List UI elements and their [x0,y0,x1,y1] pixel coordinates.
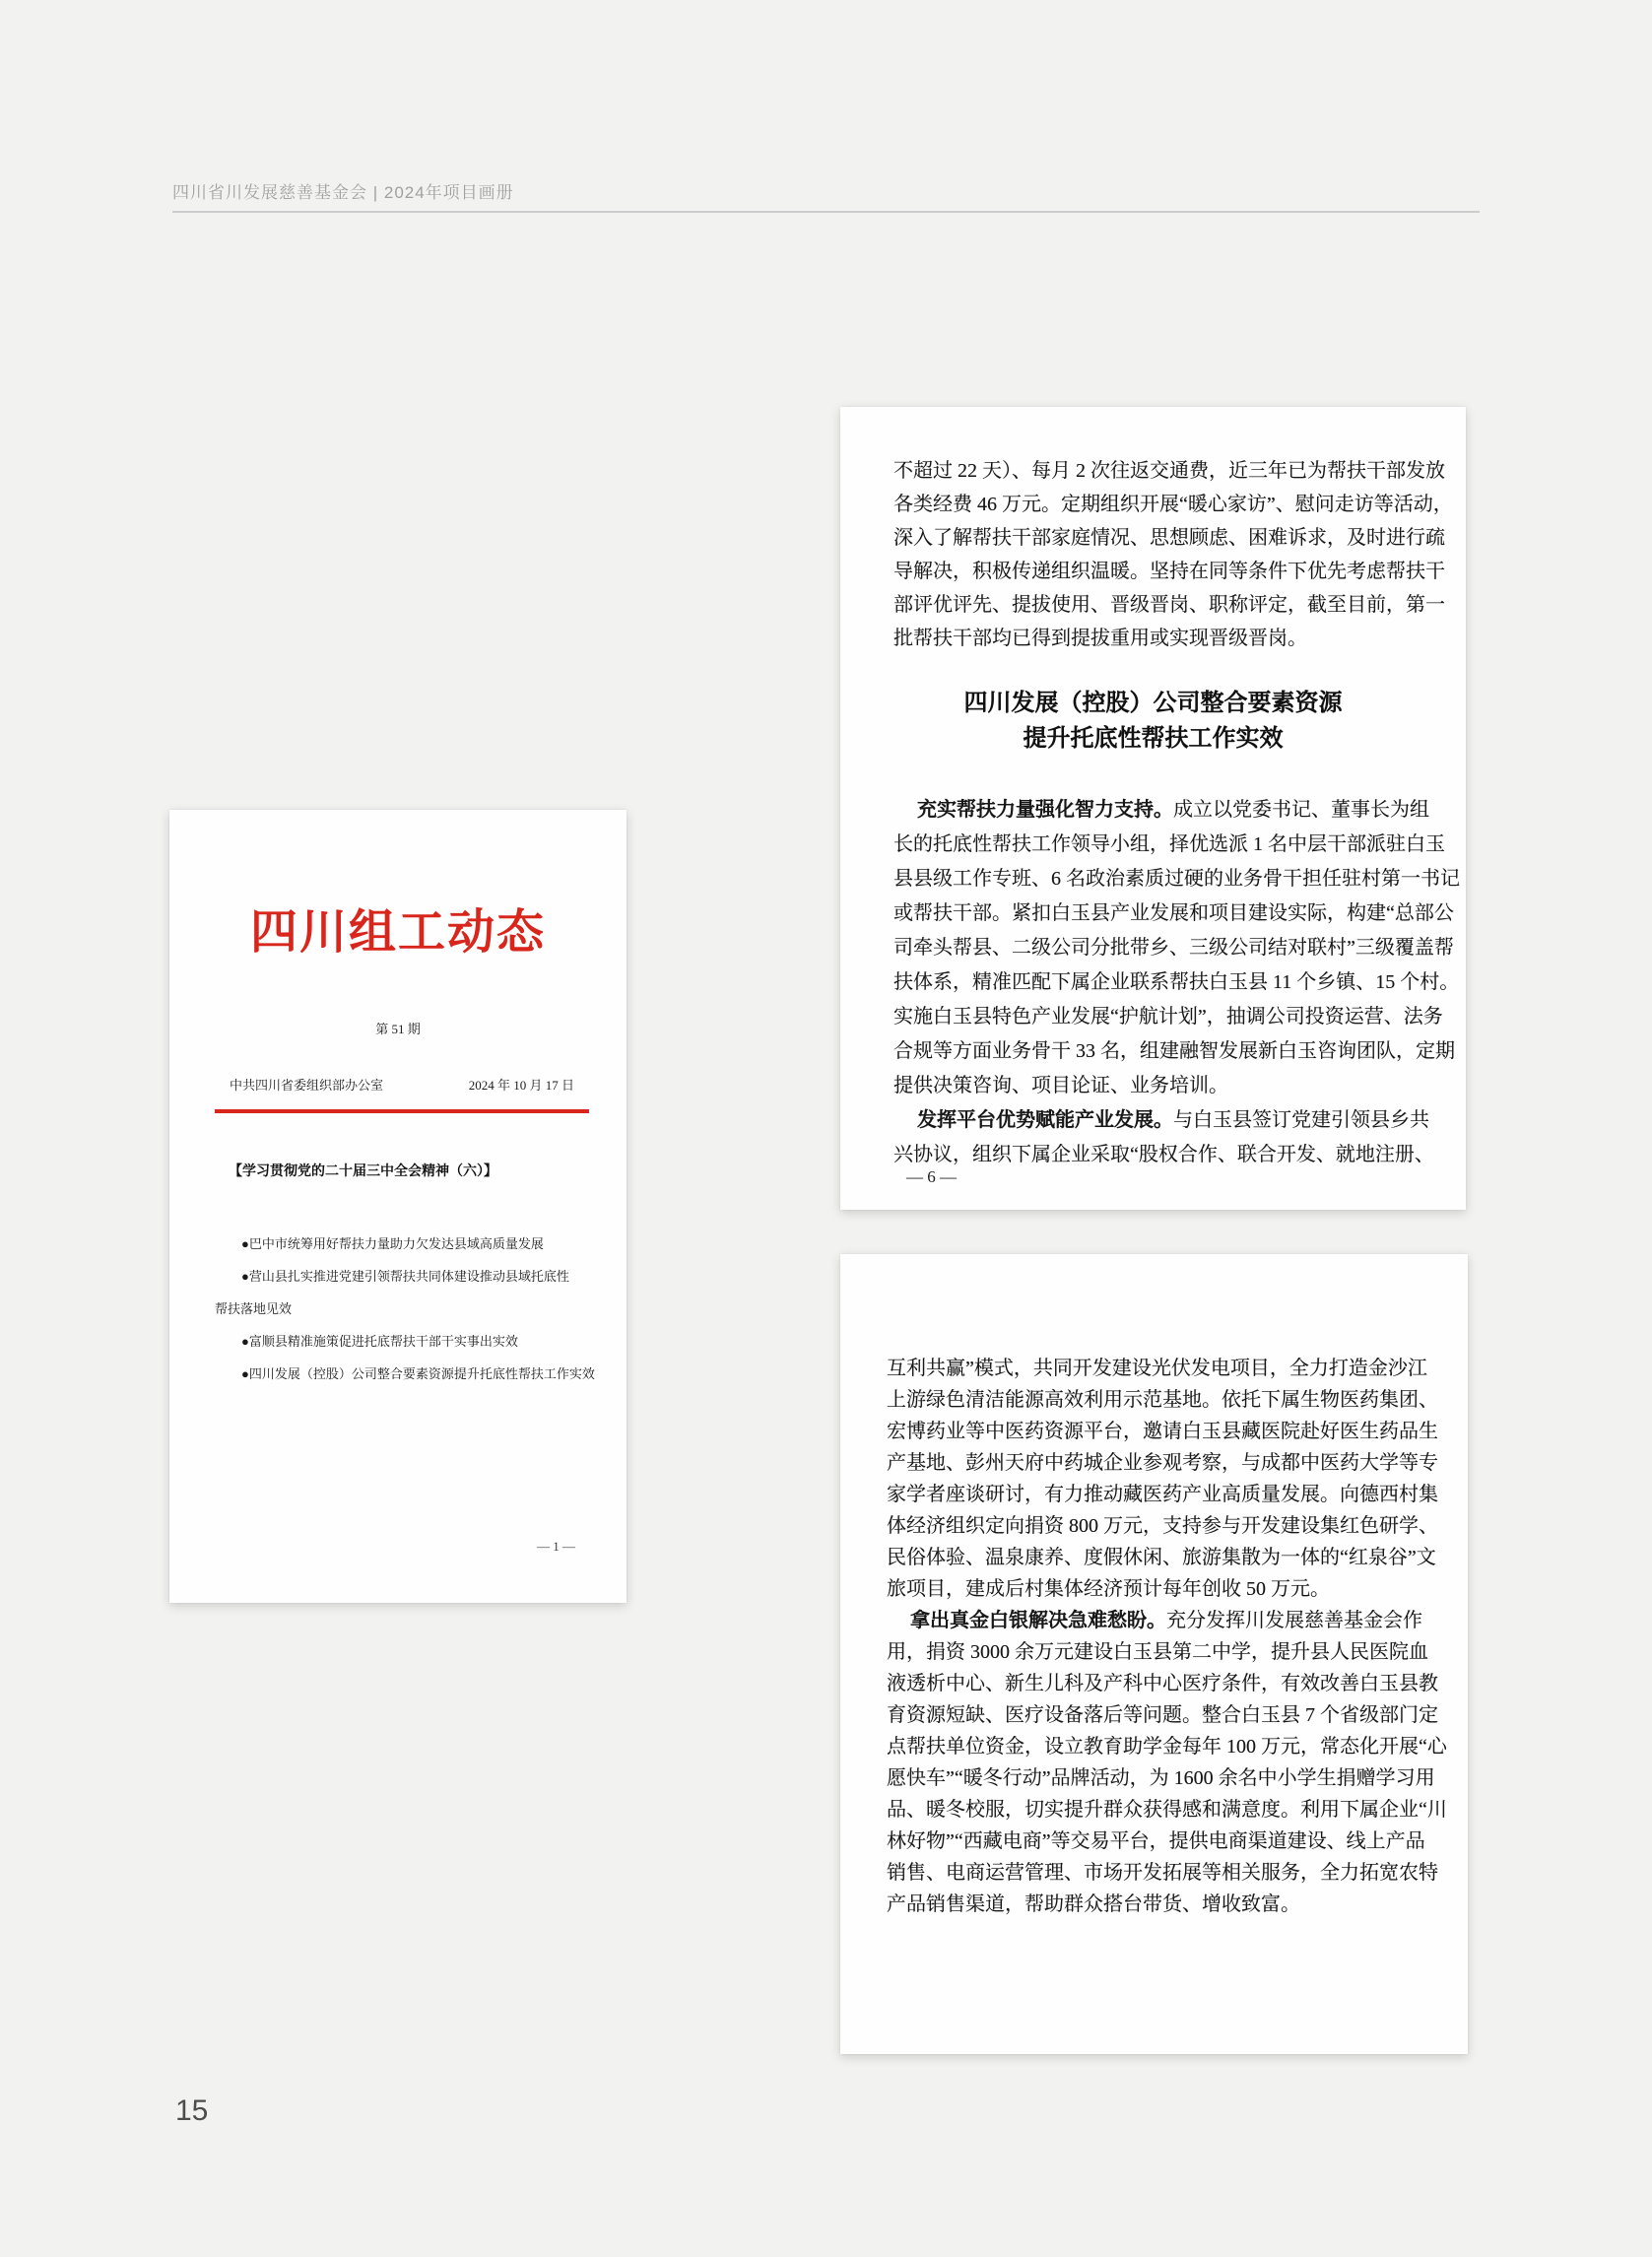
text-line: 体经济组织定向捐资 800 万元，支持参与开发建设集红色研学、 [887,1510,1414,1542]
text-line: 提供决策咨询、项目论证、业务培训。 [893,1069,1416,1103]
text-line: ●四川发展（控股）公司整合要素资源提升托底性帮扶工作实效 [215,1358,589,1390]
text-line: 品、暖冬校服，切实提升群众获得感和满意度。利用下属企业“川 [887,1794,1414,1826]
article-heading-line2: 提升托底性帮扶工作实效 [840,721,1466,757]
text-line: 育资源短缺、医疗设备落后等问题。整合白玉县 7 个省级部门定 [887,1699,1414,1731]
text-line: 实施白玉县特色产业发展“护航计划”，抽调公司投资运营、法务 [893,1000,1416,1034]
bulletin-section-heading: 【学习贯彻党的二十届三中全会精神（六）】 [229,1162,497,1183]
text-line: 液透析中心、新生儿科及产科中心医疗条件，有效改善白玉县教 [887,1668,1414,1699]
text-line: 愿快车”“暖冬行动”品牌活动，为 1600 余名中小学生捐赠学习用 [887,1762,1414,1794]
text-line: 互利共赢”模式，共同开发建设光伏发电项目，全力打造金沙江 [887,1353,1414,1384]
right-top-document-scan: 不超过 22 天）、每月 2 次往返交通费，近三年已为帮扶干部发放各类经费 46… [840,407,1466,1210]
scan-page-number: — 6 — [906,1165,957,1189]
text-line: ●富顺县精准施策促进托底帮扶干部干实事出实效 [215,1325,589,1358]
article-body: 充实帮扶力量强化智力支持。成立以党委书记、董事长为组长的托底性帮扶工作领导小组，… [893,793,1416,1172]
text-line: 导解决，积极传递组织温暖。坚持在同等条件下优先考虑帮扶干 [893,555,1416,588]
header-brand-title: 四川省川发展慈善基金会 | 2024年项目画册 [172,178,514,203]
text-line: 民俗体验、温泉康养、度假休闲、旅游集散为一体的“红泉谷”文 [887,1542,1414,1573]
text-line: 拿出真金白银解决急难愁盼。充分发挥川发展慈善基金会作 [887,1605,1414,1636]
text-line: 上游绿色清洁能源高效利用示范基地。依托下属生物医药集团、 [887,1384,1414,1416]
text-line: 扶体系，精准匹配下属企业联系帮扶白玉县 11 个乡镇、15 个村。 [893,965,1416,1000]
text-line: 宏博药业等中医药资源平台，邀请白玉县藏医院赴好医生药品生 [887,1416,1414,1447]
text-line: 县县级工作专班、6 名政治素质过硬的业务骨干担任驻村第一书记 [893,862,1416,896]
text-line: 帮扶落地见效 [215,1293,589,1325]
text-line: 产基地、彭州天府中药城企业参观考察，与成都中医药大学等专 [887,1447,1414,1479]
bulletin-page-number: — 1 — [537,1539,575,1555]
bulletin-publisher: 中共四川省委组织部办公室 [230,1075,383,1094]
text-line: 产品销售渠道，帮助群众搭台带货、增收致富。 [887,1889,1414,1920]
text-line: 点帮扶单位资金，设立教育助学金每年 100 万元，常态化开展“心 [887,1731,1414,1762]
folio-page-number: 15 [175,2094,208,2128]
text-line: 合规等方面业务骨干 33 名，组建融智发展新白玉咨询团队，定期 [893,1034,1416,1069]
right-bottom-document-scan: 互利共赢”模式，共同开发建设光伏发电项目，全力打造金沙江上游绿色清洁能源高效利用… [840,1254,1468,2054]
text-line: 发挥平台优势赋能产业发展。与白玉县签订党建引领县乡共 [893,1103,1416,1138]
bold-lead-sentence: 发挥平台优势赋能产业发展。 [917,1109,1173,1131]
paragraph-continuation: 不超过 22 天）、每月 2 次往返交通费，近三年已为帮扶干部发放各类经费 46… [893,454,1416,655]
text-line: ●营山县扎实推进党建引领帮扶共同体建设推动县域托底性 [215,1260,589,1293]
text-line: 林好物”“西藏电商”等交易平台，提供电商渠道建设、线上产品 [887,1826,1414,1857]
header-divider-line [172,211,1480,213]
text-line: 销售、电商运营管理、市场开发拓展等相关服务，全力拓宽农特 [887,1857,1414,1889]
text-line: 批帮扶干部均已得到提拔重用或实现晋级晋岗。 [893,622,1416,655]
text-line: 部评优评先、提拔使用、晋级晋岗、职称评定，截至目前，第一 [893,588,1416,622]
text-line: 司牵头帮县、二级公司分批带乡、三级公司结对联村”三级覆盖帮 [893,931,1416,965]
text-line: 长的托底性帮扶工作领导小组，择优选派 1 名中层干部派驻白玉 [893,828,1416,862]
text-line: 或帮扶干部。紧扣白玉县产业发展和项目建设实际，构建“总部公 [893,896,1416,931]
left-document-scan: 四川组工动态 第 51 期 中共四川省委组织部办公室 2024 年 10 月 1… [169,810,627,1603]
red-divider-line [215,1109,589,1113]
article-heading: 四川发展（控股）公司整合要素资源 提升托底性帮扶工作实效 [840,686,1466,757]
text-line: 兴协议，组织下属企业采取“股权合作、联合开发、就地注册、 [893,1138,1416,1172]
text-line: 不超过 22 天）、每月 2 次往返交通费，近三年已为帮扶干部发放 [893,454,1416,488]
text-line: 深入了解帮扶干部家庭情况、思想顾虑、困难诉求，及时进行疏 [893,521,1416,555]
bold-lead-sentence: 充实帮扶力量强化智力支持。 [917,799,1173,821]
text-line: 充实帮扶力量强化智力支持。成立以党委书记、董事长为组 [893,793,1416,828]
bulletin-title: 四川组工动态 [169,904,627,962]
bulletin-date: 2024 年 10 月 17 日 [469,1075,574,1094]
text-line: 旅项目，建成后村集体经济预计每年创收 50 万元。 [887,1573,1414,1605]
text-line: 各类经费 46 万元。定期组织开展“暖心家访”、慰问走访等活动， [893,488,1416,521]
bulletin-issue-number: 第 51 期 [169,1019,627,1037]
bold-lead-sentence: 拿出真金白银解决急难愁盼。 [910,1610,1166,1631]
bulletin-publisher-row: 中共四川省委组织部办公室 2024 年 10 月 17 日 [169,1075,627,1094]
article-body-continuation: 互利共赢”模式，共同开发建设光伏发电项目，全力打造金沙江上游绿色清洁能源高效利用… [887,1353,1414,1920]
text-line: 用，捐资 3000 余万元建设白玉县第二中学，提升县人民医院血 [887,1636,1414,1668]
bulletin-contents-list: ●巴中市统筹用好帮扶力量助力欠发达县域高质量发展●营山县扎实推进党建引领帮扶共同… [215,1228,589,1390]
album-page: 四川省川发展慈善基金会 | 2024年项目画册 四川组工动态 第 51 期 中共… [0,0,1652,2257]
article-heading-line1: 四川发展（控股）公司整合要素资源 [840,686,1466,721]
text-line: ●巴中市统筹用好帮扶力量助力欠发达县域高质量发展 [215,1228,589,1260]
text-line: 家学者座谈研讨，有力推动藏医药产业高质量发展。向德西村集 [887,1479,1414,1510]
